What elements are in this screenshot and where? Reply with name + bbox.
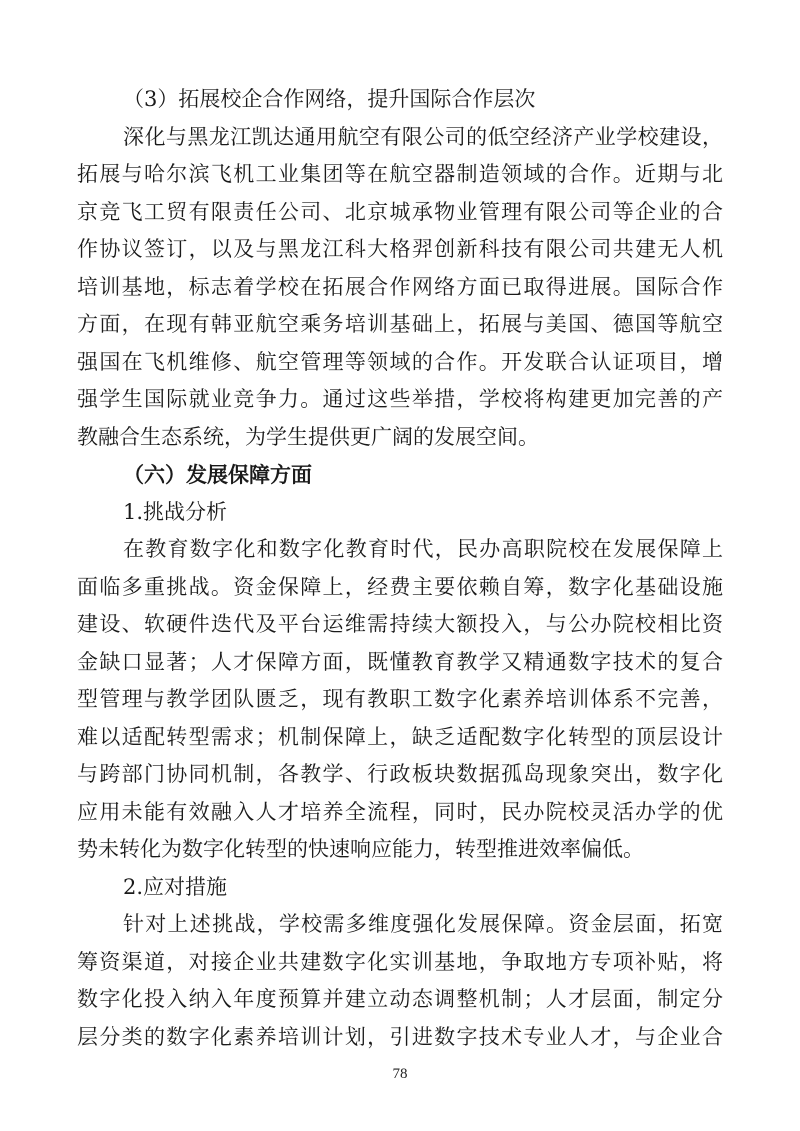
paragraph-line: 京竞飞工贸有限责任公司、北京城承物业管理有限公司等企业的合 <box>77 194 723 232</box>
paragraph-line: 强国在飞机维修、航空管理等领域的合作。开发联合认证项目，增 <box>77 344 723 382</box>
paragraph-challenges: 在教育数字化和数字化教育时代，民办高职院校在发展保障上 面临多重挑战。资金保障上… <box>77 531 723 869</box>
paragraph-line: 建设、软硬件迭代及平台运维需持续大额投入，与公办院校相比资 <box>77 606 723 644</box>
subheading-expand-cooperation: （3）拓展校企合作网络，提升国际合作层次 <box>77 81 723 119</box>
subheading-text: 2.应对措施 <box>77 869 723 907</box>
paragraph-line: 针对上述挑战，学校需多维度强化发展保障。资金层面，拓宽 <box>77 906 723 944</box>
page-number: 78 <box>0 1066 800 1083</box>
paragraph-line: 层分类的数字化素养培训计划，引进数字技术专业人才，与企业合 <box>77 1019 723 1057</box>
paragraph-line: 金缺口显著；人才保障方面，既懂教育教学又精通数字技术的复合 <box>77 644 723 682</box>
paragraph-line: 难以适配转型需求；机制保障上，缺乏适配数字化转型的顶层设计 <box>77 719 723 757</box>
paragraph-line: 强学生国际就业竞争力。通过这些举措，学校将构建更加完善的产 <box>77 381 723 419</box>
paragraph-countermeasures: 针对上述挑战，学校需多维度强化发展保障。资金层面，拓宽 筹资渠道，对接企业共建数… <box>77 906 723 1056</box>
paragraph-line: 深化与黑龙江凯达通用航空有限公司的低空经济产业学校建设， <box>77 119 723 157</box>
paragraph-line: 与跨部门协同机制，各教学、行政板块数据孤岛现象突出，数字化 <box>77 756 723 794</box>
paragraph-line: 培训基地，标志着学校在拓展合作网络方面已取得进展。国际合作 <box>77 269 723 307</box>
paragraph-line: 面临多重挑战。资金保障上，经费主要依赖自筹，数字化基础设施 <box>77 569 723 607</box>
page-body: （3）拓展校企合作网络，提升国际合作层次 深化与黑龙江凯达通用航空有限公司的低空… <box>77 81 723 1056</box>
paragraph-line: 在教育数字化和数字化教育时代，民办高职院校在发展保障上 <box>77 531 723 569</box>
paragraph-cooperation-network: 深化与黑龙江凯达通用航空有限公司的低空经济产业学校建设， 拓展与哈尔滨飞机工业集… <box>77 119 723 457</box>
subheading-text: （3）拓展校企合作网络，提升国际合作层次 <box>77 81 723 119</box>
section-heading-development-guarantee: （六）发展保障方面 <box>77 456 723 494</box>
paragraph-line: 型管理与教学团队匮乏，现有教职工数字化素养培训体系不完善， <box>77 681 723 719</box>
paragraph-line: 教融合生态系统，为学生提供更广阔的发展空间。 <box>77 419 723 457</box>
subheading-text: 1.挑战分析 <box>77 494 723 532</box>
paragraph-line: 应用未能有效融入人才培养全流程，同时，民办院校灵活办学的优 <box>77 794 723 832</box>
subheading-countermeasures: 2.应对措施 <box>77 869 723 907</box>
document-page: （3）拓展校企合作网络，提升国际合作层次 深化与黑龙江凯达通用航空有限公司的低空… <box>0 0 800 1131</box>
paragraph-line: 方面，在现有韩亚航空乘务培训基础上，拓展与美国、德国等航空 <box>77 306 723 344</box>
paragraph-line: 筹资渠道，对接企业共建数字化实训基地，争取地方专项补贴，将 <box>77 944 723 982</box>
paragraph-line: 势未转化为数字化转型的快速响应能力，转型推进效率偏低。 <box>77 831 723 869</box>
section-heading-text: （六）发展保障方面 <box>77 456 723 494</box>
subheading-challenge-analysis: 1.挑战分析 <box>77 494 723 532</box>
paragraph-line: 作协议签订，以及与黑龙江科大格羿创新科技有限公司共建无人机 <box>77 231 723 269</box>
paragraph-line: 数字化投入纳入年度预算并建立动态调整机制；人才层面，制定分 <box>77 981 723 1019</box>
paragraph-line: 拓展与哈尔滨飞机工业集团等在航空器制造领域的合作。近期与北 <box>77 156 723 194</box>
